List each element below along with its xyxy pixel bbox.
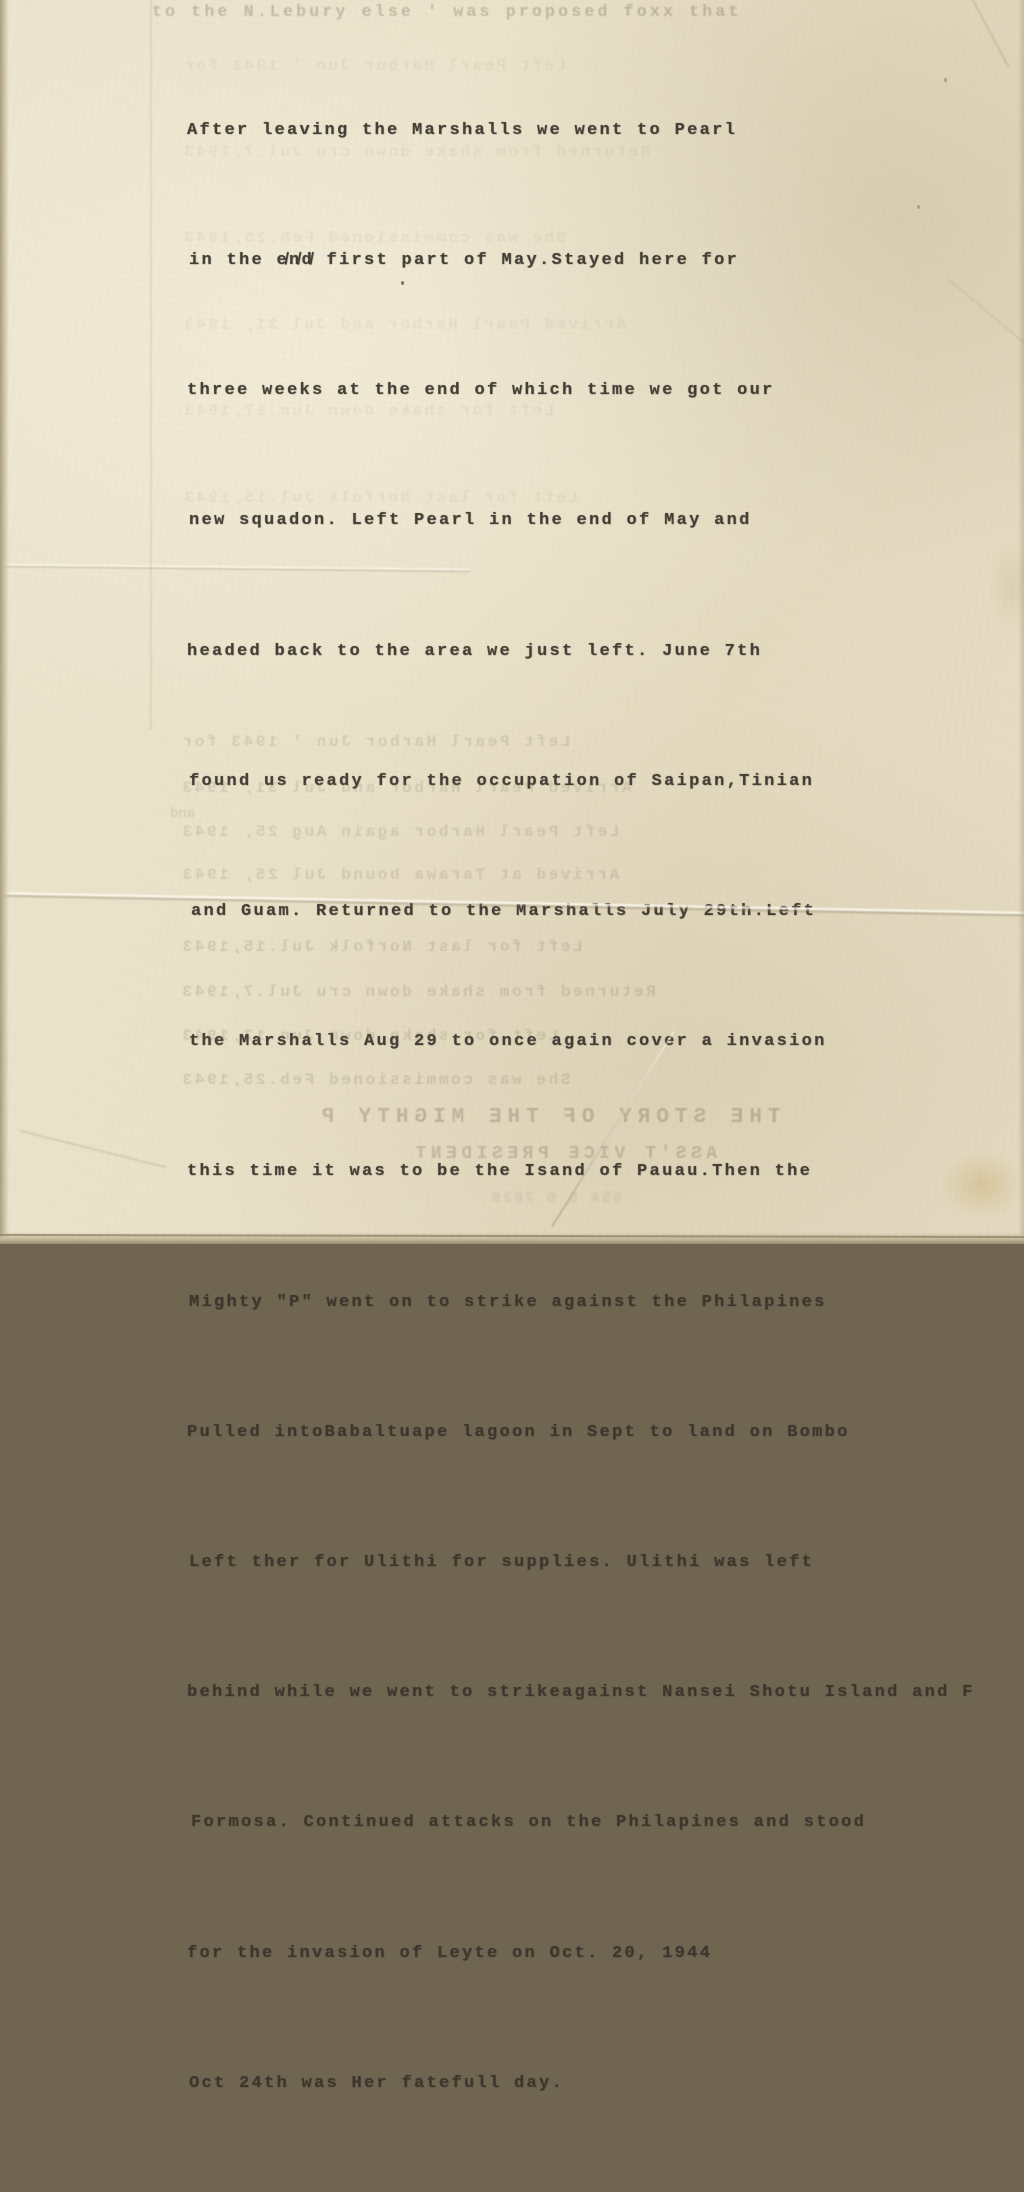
paper-edge	[0, 0, 9, 1244]
paper-scan: Left Pearl Harbor Jun ' 1943 for Returne…	[0, 0, 1024, 1244]
typed-text-block: After leaving the Marshalls we went to P…	[187, 22, 1017, 1244]
ghost-line-mirrored: She was commissioned Feb.25,1943	[180, 1071, 708, 1089]
typed-line: in the e̸n̸d̸ first part of May.Stayed h…	[189, 239, 1019, 282]
ghost-line-mirrored: Left for last Norfolk Jul.15,1943	[180, 938, 708, 956]
typed-line: After leaving the Marshalls we went to P…	[187, 109, 1017, 152]
typed-line: headed back to the area we just left. Ju…	[187, 630, 1017, 673]
ghost-subtitle-mirrored: ASS'T VICE PRESIDENT	[388, 1144, 740, 1164]
fold-crease	[20, 1130, 166, 1168]
ghost-title-mirrored: THE STORY OF THE MIGHTY P	[300, 1106, 796, 1129]
fold-crease	[150, 0, 152, 730]
ghost-line-mirrored: Returned from shake down cru Jul.7,1943	[180, 983, 708, 1001]
ink-dot	[917, 205, 920, 209]
ink-dot	[944, 78, 947, 82]
typed-line: new squadon. Left Pearl in the end of Ma…	[189, 499, 1019, 542]
stain	[940, 1150, 1024, 1220]
ghost-line-mirrored: Left for shake down Jun.17,1943	[180, 1027, 708, 1045]
ghost-line-top: to the N.Lebury else ' was proposed foxx…	[152, 2, 872, 21]
ghost-line-mirrored: and	[170, 806, 240, 822]
typed-line: three weeks at the end of which time we …	[187, 369, 1017, 412]
ghost-line-mirrored: Left Pearl Harbor Jun ' 1943 for	[180, 733, 708, 751]
ghost-line-mirrored: Left Pearl Harbor again Aug 25, 1943	[180, 823, 708, 841]
ghost-number-mirrored: 55A 5 6 7829	[468, 1190, 644, 1207]
paper-edge	[1018, 0, 1024, 1244]
ghost-line-mirrored: Arrived Pearl Harbor and Jul 31, 1943	[180, 779, 708, 797]
ink-dot	[401, 281, 404, 285]
ghost-line-mirrored: Arrived at Tarawa bound Jul 25, 1943	[180, 866, 708, 884]
